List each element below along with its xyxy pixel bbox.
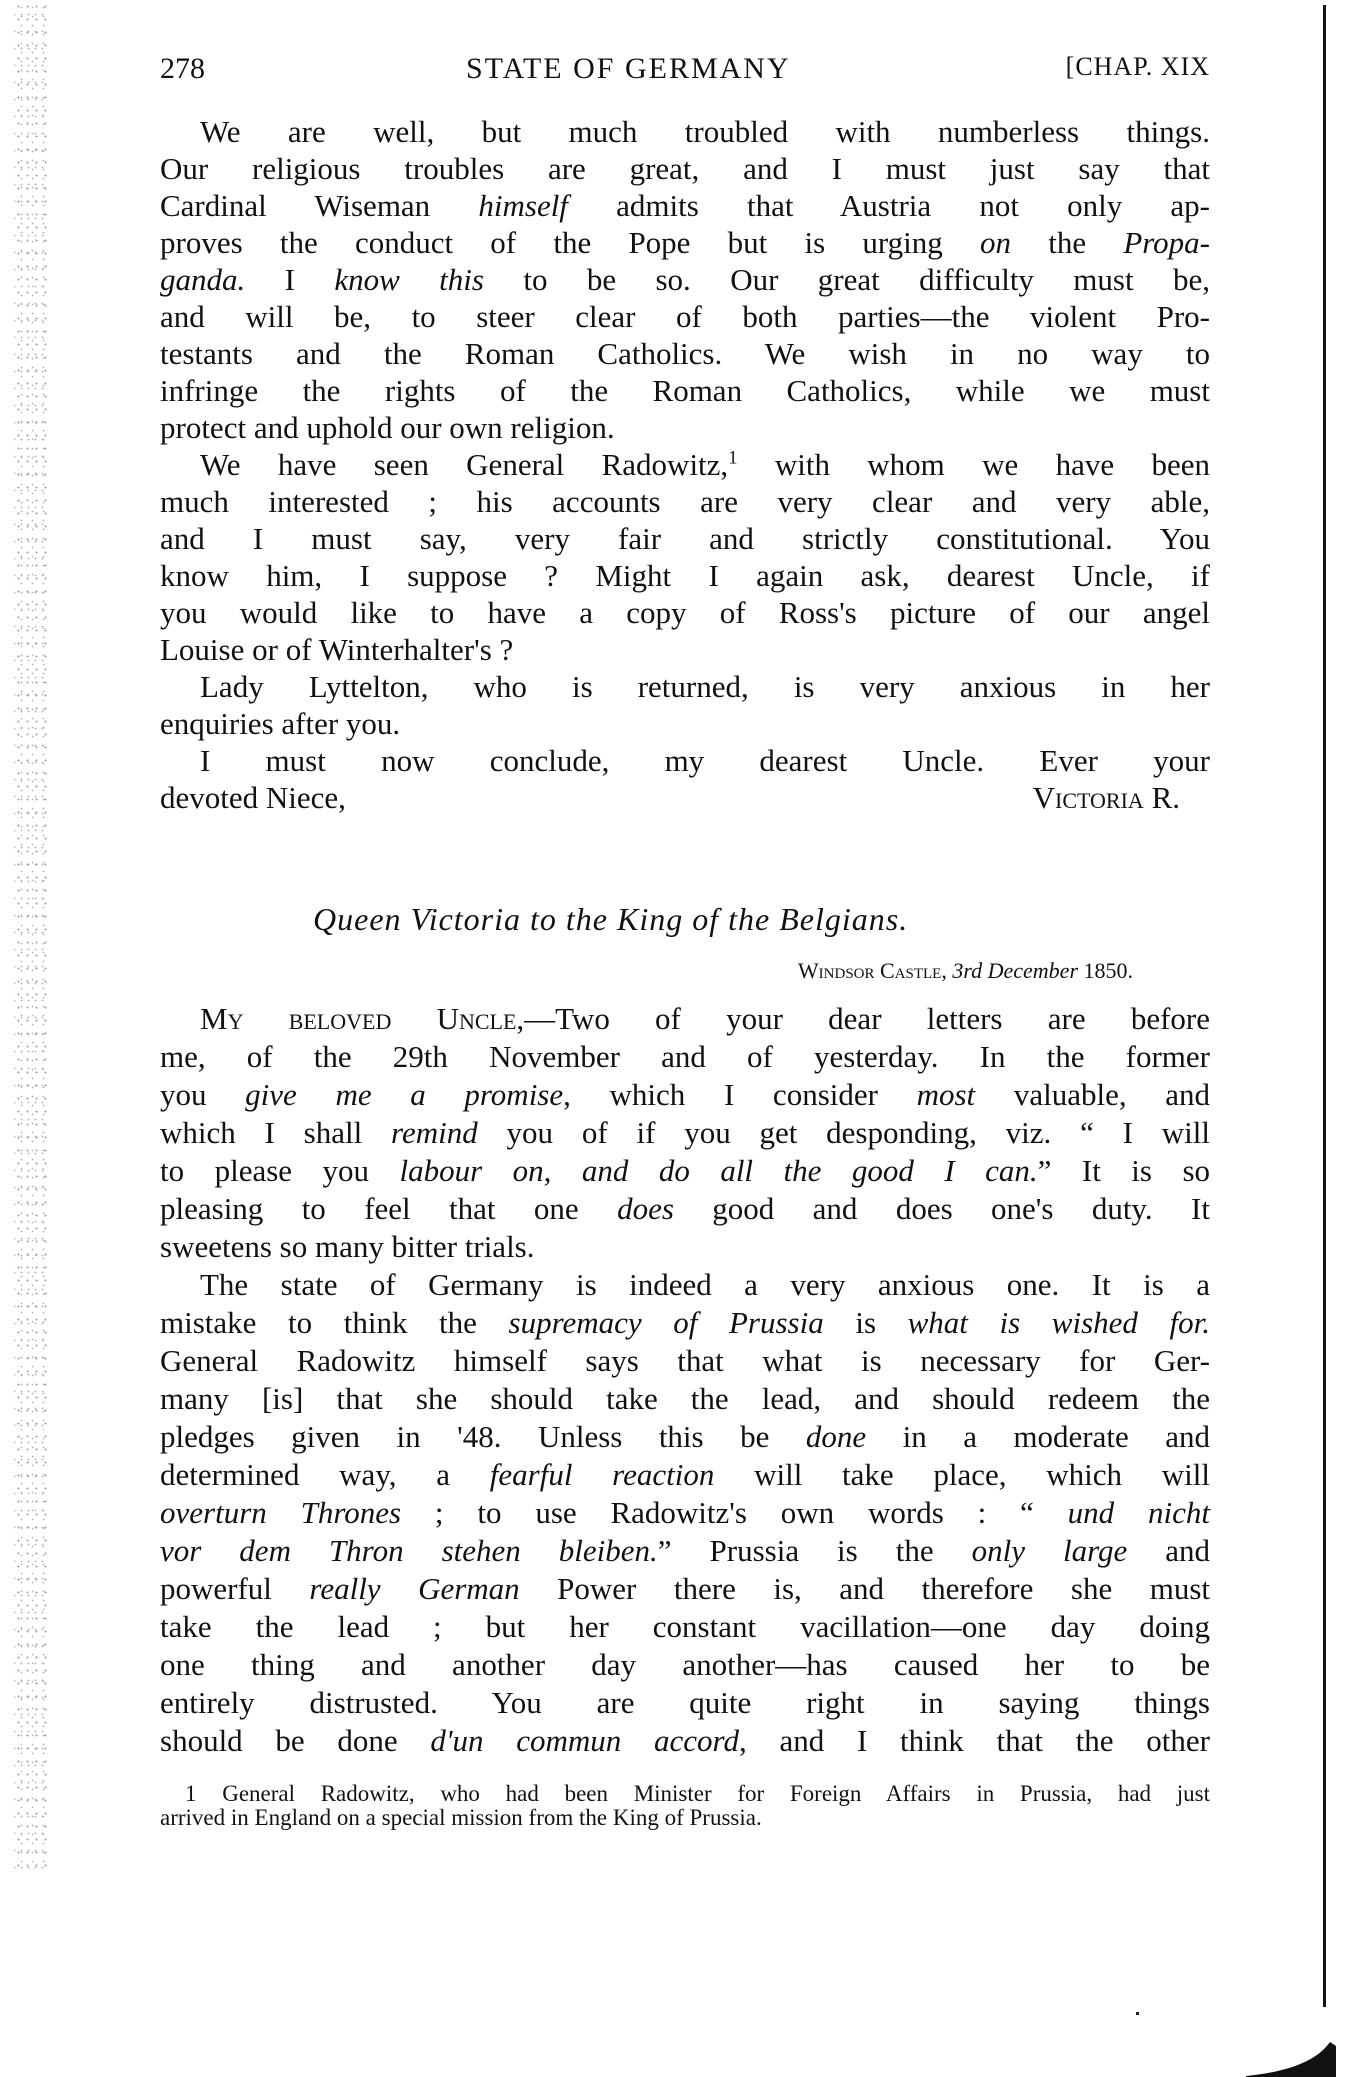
footnote-marker: 1: [185, 1781, 197, 1806]
book-page: 278 STATE OF GERMANY [CHAP. XIX We are w…: [0, 0, 1352, 2077]
text-line: My beloved Uncle,—Two of your dear lette…: [200, 1000, 1210, 1038]
text-line: proves the conduct of the Pope but is ur…: [160, 224, 1210, 262]
text-line: powerful really German Power there is, a…: [160, 1570, 1210, 1608]
text-line: should be done d'un commun accord, and I…: [160, 1722, 1210, 1760]
scan-dot: [1136, 2012, 1139, 2015]
page-edge-line: [1323, 5, 1326, 2007]
text-line: many [is] that she should take the lead,…: [160, 1380, 1210, 1418]
text-line: protect and uphold our own religion.: [160, 409, 1210, 447]
letter-heading: Queen Victoria to the King of the Belgia…: [313, 900, 1113, 938]
text-line: Louise or of Winterhalter's ?: [160, 631, 1210, 669]
text-line: Lady Lyttelton, who is returned, is very…: [200, 668, 1210, 706]
text-line: I must now conclude, my dearest Uncle. E…: [200, 742, 1210, 780]
scan-edge-noise: [14, 0, 48, 1870]
emphasis: ganda.: [160, 262, 245, 297]
text-line: Cardinal Wiseman himself admits that Aus…: [160, 187, 1210, 225]
text-line: pleasing to feel that one does good and …: [160, 1190, 1210, 1228]
text-line: much interested ; his accounts are very …: [160, 483, 1210, 521]
running-header: 278 STATE OF GERMANY [CHAP. XIX: [160, 52, 1210, 86]
emphasis: on: [980, 225, 1011, 260]
emphasis: Propa-: [1123, 225, 1210, 260]
text-line: Our religious troubles are great, and I …: [160, 150, 1210, 188]
text-line: infringe the rights of the Roman Catholi…: [160, 372, 1210, 410]
chapter-label: [CHAP. XIX: [1066, 52, 1210, 82]
text-line: you would like to have a copy of Ross's …: [160, 594, 1210, 632]
text-line: take the lead ; but her constant vacilla…: [160, 1608, 1210, 1646]
text-line: testants and the Roman Catholics. We wis…: [160, 335, 1210, 373]
text-line: We have seen General Radowitz,1 with who…: [200, 446, 1210, 484]
closing: devoted Niece,: [160, 779, 346, 817]
text-line: sweetens so many bitter trials.: [160, 1228, 1210, 1266]
page-corner-shadow: [1246, 2040, 1336, 2077]
running-title: STATE OF GERMANY: [466, 52, 791, 86]
text-line: General Radowitz himself says that what …: [160, 1342, 1210, 1380]
dateline: Windsor Castle, 3rd December 1850.: [713, 958, 1133, 984]
text-line: to please you labour on, and do all the …: [160, 1152, 1210, 1190]
emphasis: himself: [478, 188, 568, 223]
footnote-line: 1 General Radowitz, who had been Ministe…: [185, 1782, 1210, 1806]
page-number: 278: [160, 52, 205, 86]
text-line: and I must say, very fair and strictly c…: [160, 520, 1210, 558]
signature: Victoria R.: [1033, 779, 1180, 817]
text-line: entirely distrusted. You are quite right…: [160, 1684, 1210, 1722]
text-line: enquiries after you.: [160, 705, 1210, 743]
text-line: vor dem Thron stehen bleiben.” Prussia i…: [160, 1532, 1210, 1570]
text-line: me, of the 29th November and of yesterda…: [160, 1038, 1210, 1076]
text-line: The state of Germany is indeed a very an…: [200, 1266, 1210, 1304]
text-line: one thing and another day another—has ca…: [160, 1646, 1210, 1684]
date: 3rd December: [952, 958, 1078, 983]
text-line: mistake to think the supremacy of Prussi…: [160, 1304, 1210, 1342]
year: 1850.: [1078, 958, 1133, 983]
text-line: determined way, a fearful reaction will …: [160, 1456, 1210, 1494]
salutation: My beloved Uncle,: [200, 1001, 524, 1036]
text-line: you give me a promise, which I consider …: [160, 1076, 1210, 1114]
closing-line: devoted Niece, Victoria R.: [160, 779, 1210, 817]
text-line: which I shall remind you of if you get d…: [160, 1114, 1210, 1152]
text-line: know him, I suppose ? Might I again ask,…: [160, 557, 1210, 595]
text-line: We are well, but much troubled with numb…: [200, 113, 1210, 151]
text-line: overturn Thrones ; to use Radowitz's own…: [160, 1494, 1210, 1532]
emphasis: know this: [334, 262, 484, 297]
text-line: and will be, to steer clear of both part…: [160, 298, 1210, 336]
text-line: pledges given in '48. Unless this be don…: [160, 1418, 1210, 1456]
footnote-line: arrived in England on a special mission …: [160, 1806, 1210, 1830]
place: Windsor Castle,: [798, 958, 952, 983]
text-line: ganda. I know this to be so. Our great d…: [160, 261, 1210, 299]
